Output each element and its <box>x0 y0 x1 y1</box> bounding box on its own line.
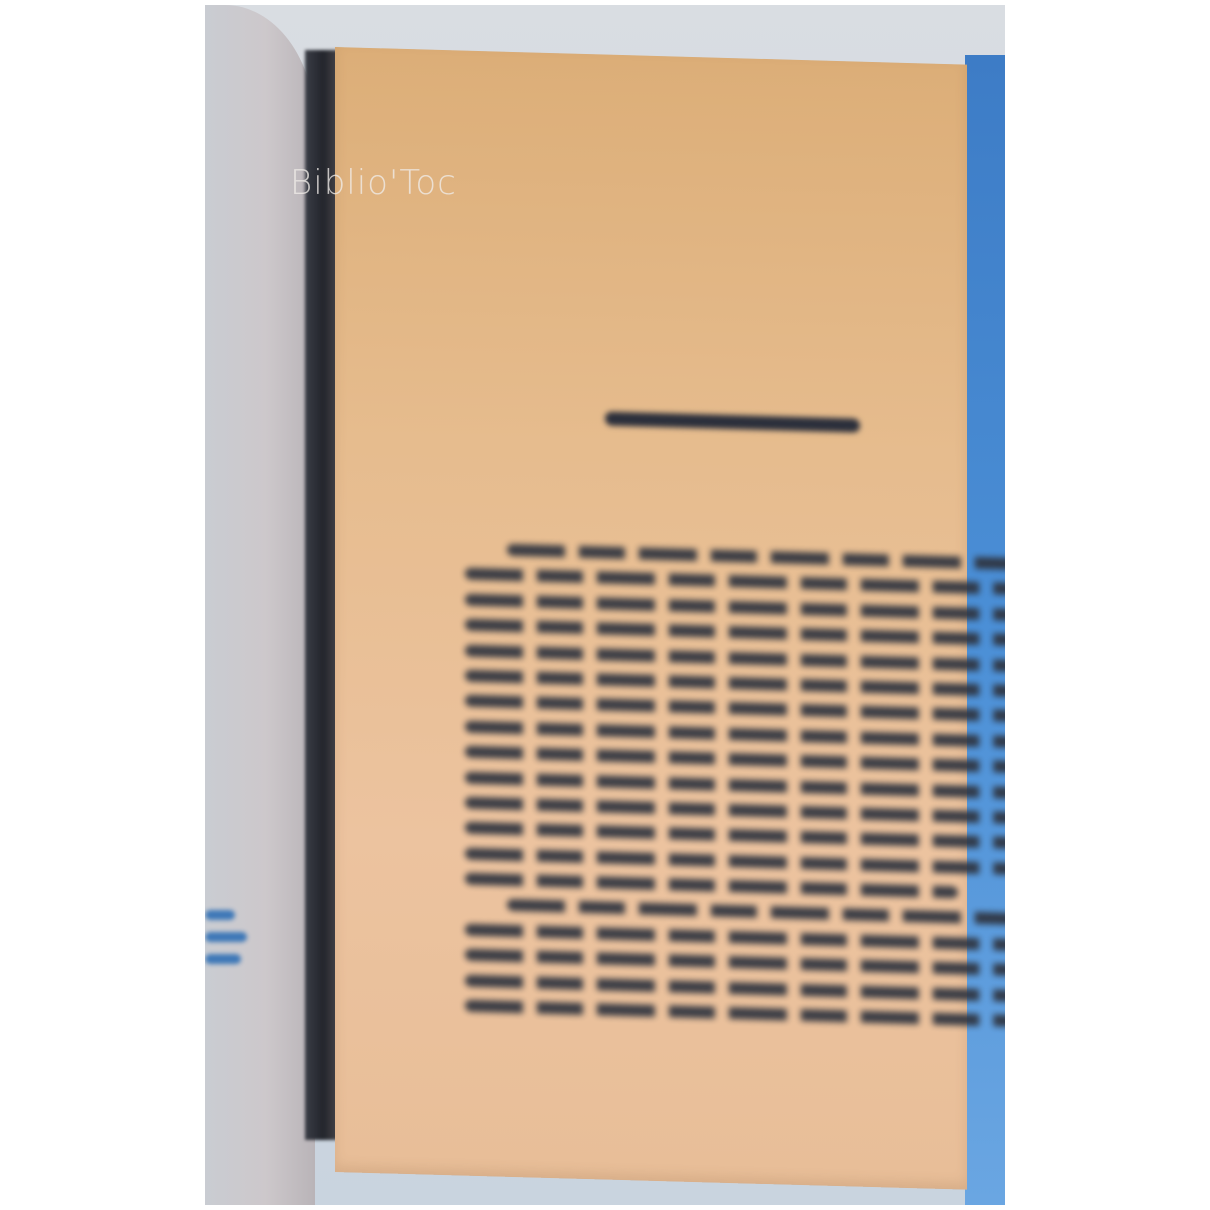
text-line <box>465 847 1005 875</box>
text-line <box>465 873 958 899</box>
text-line <box>205 932 247 942</box>
text-line <box>465 619 1005 647</box>
text-line <box>507 899 1005 925</box>
text-line <box>205 954 241 964</box>
text-line <box>465 568 1005 596</box>
text-line <box>465 670 1005 698</box>
text-line <box>465 974 1005 1002</box>
text-line <box>507 544 1005 570</box>
text-line <box>465 1000 1005 1028</box>
text-line <box>465 644 1005 672</box>
text-line <box>465 822 1005 850</box>
text-line <box>465 720 1005 748</box>
text-line <box>465 695 1005 723</box>
facing-page-text-fragment <box>205 910 255 976</box>
text-line <box>465 923 1005 951</box>
text-line <box>465 797 1005 825</box>
chapter-heading <box>605 412 860 433</box>
text-line <box>465 746 1005 774</box>
text-line <box>205 910 235 920</box>
body-paragraph <box>465 543 1005 1041</box>
text-line <box>465 949 1005 977</box>
text-line <box>465 771 1005 799</box>
watermark-logo: Biblio'Toc <box>290 163 457 203</box>
book-photo: Biblio'Toc <box>205 5 1005 1205</box>
book-page <box>335 47 967 1190</box>
text-line <box>465 593 1005 621</box>
